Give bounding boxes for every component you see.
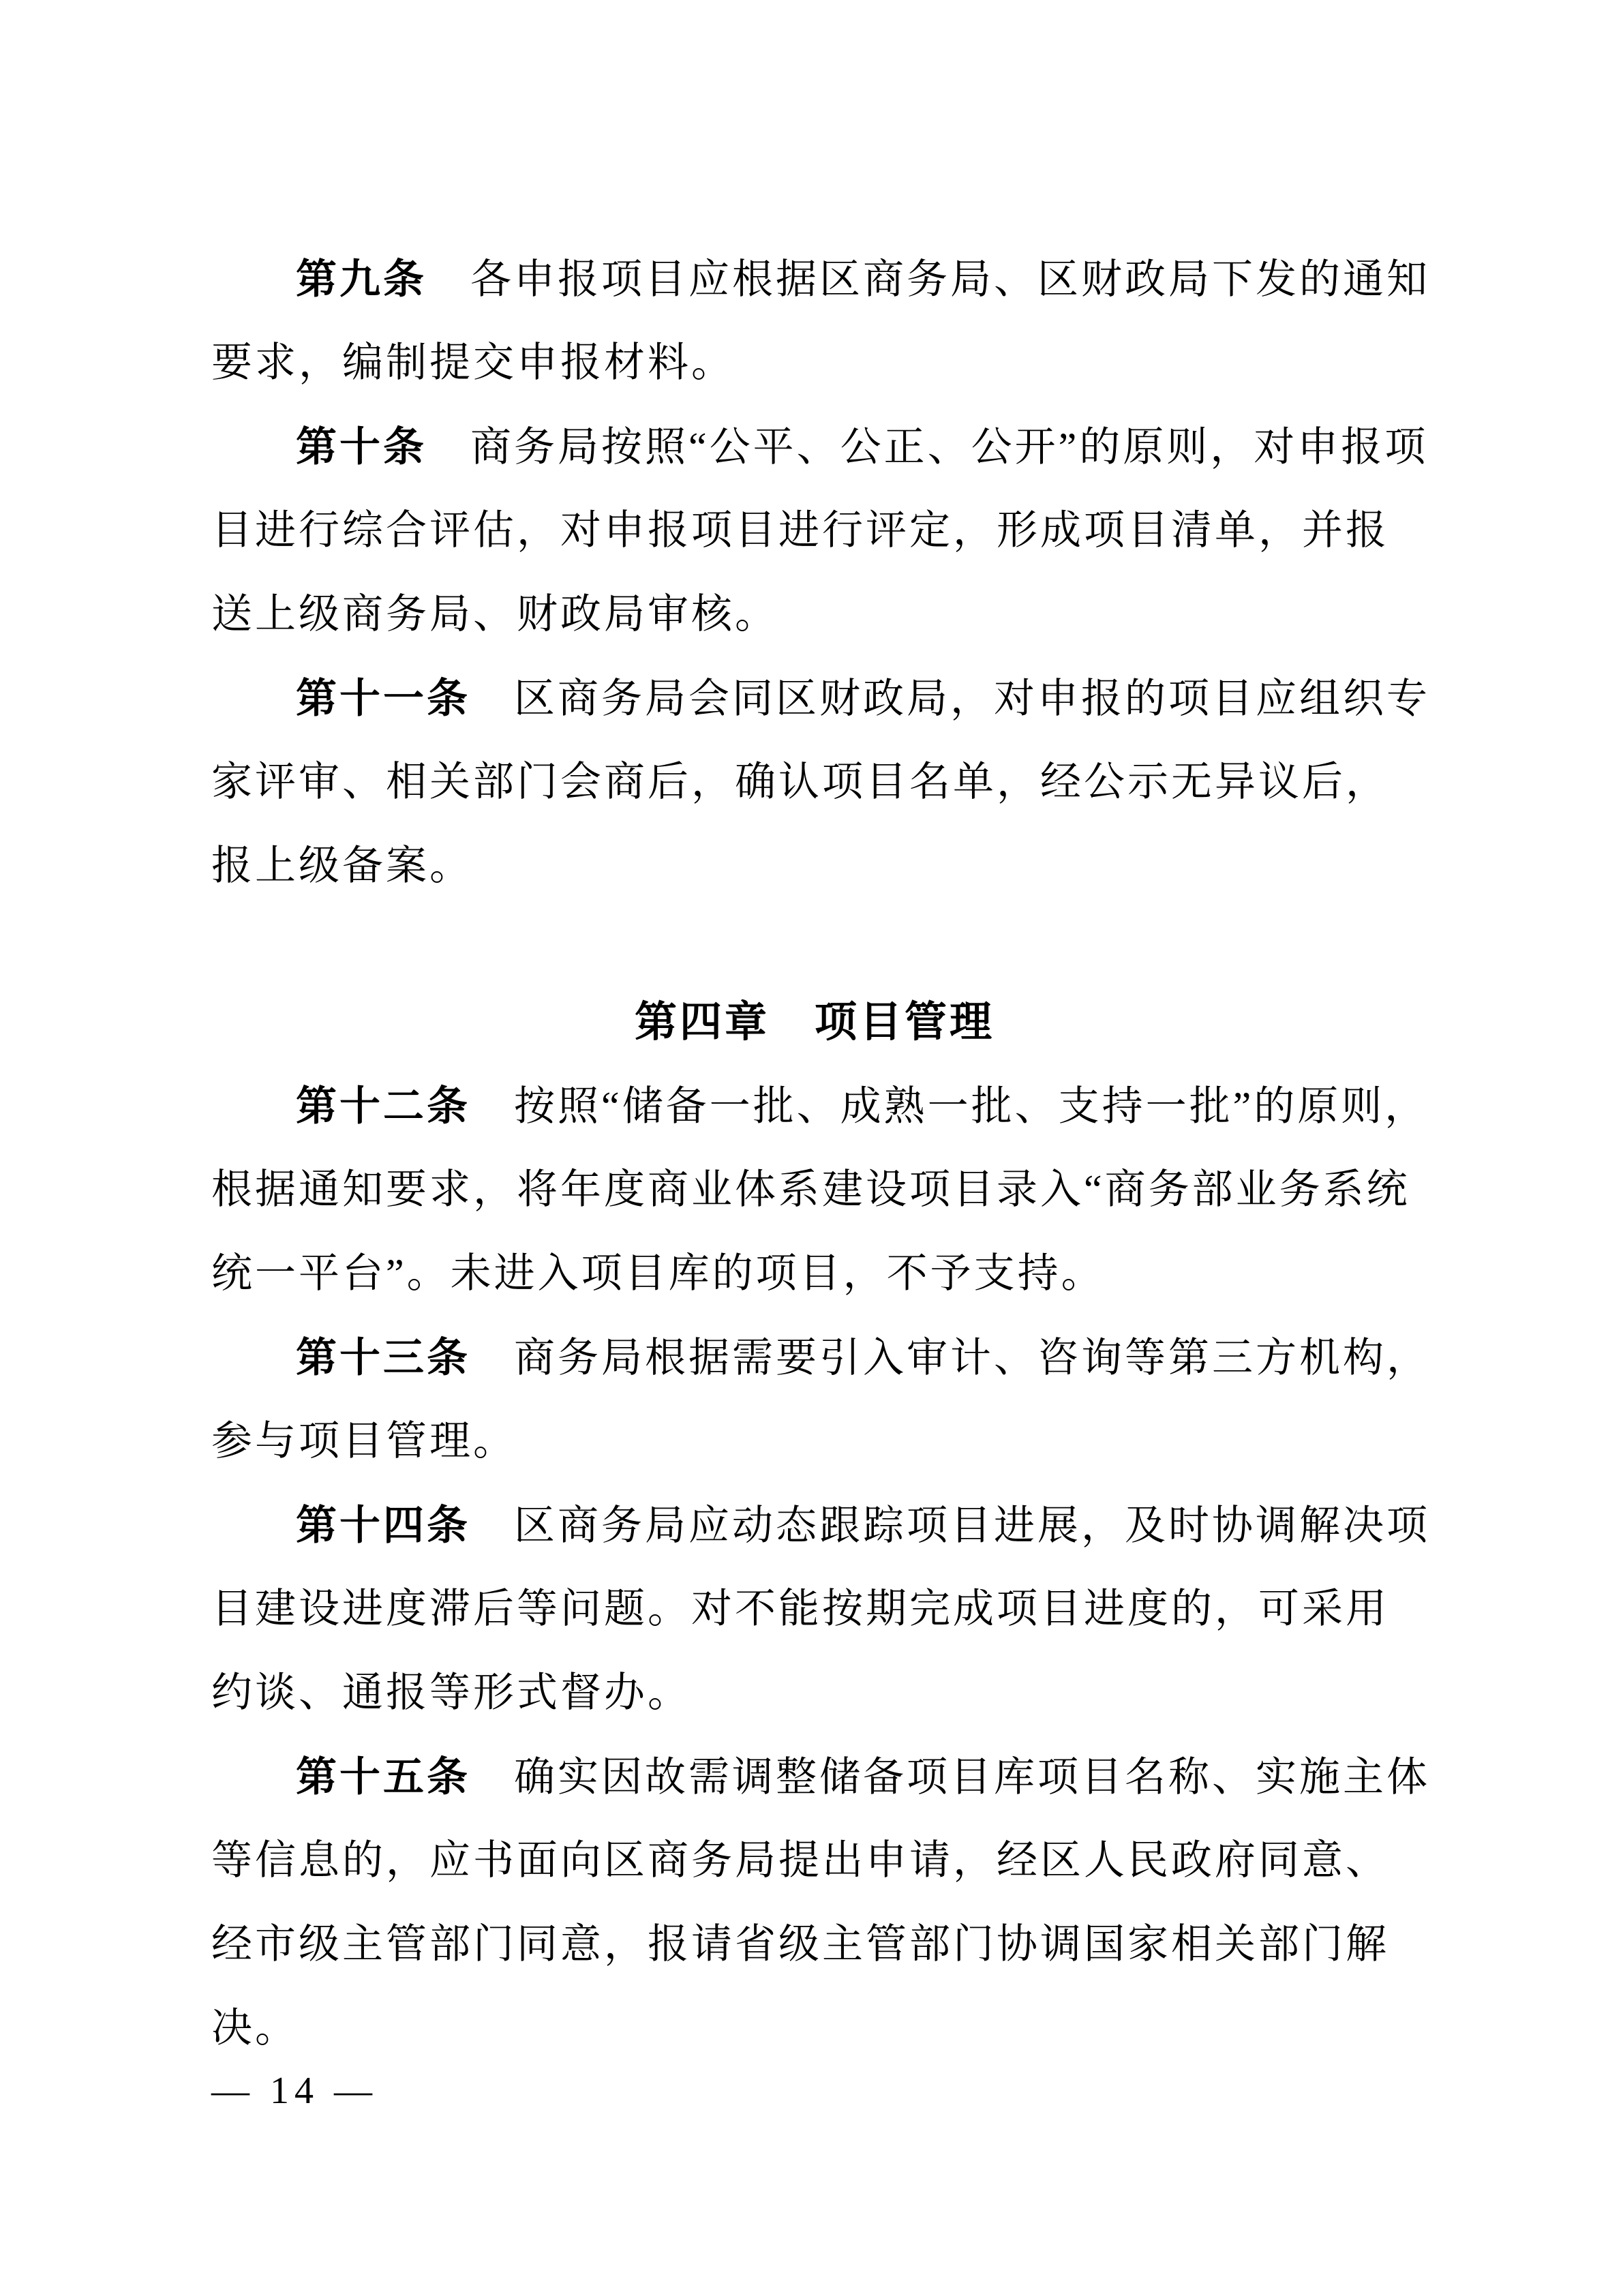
body-line: 统一平台”。未进入项目库的项目，不予支持。 [211, 1232, 1418, 1316]
body-line: 经市级主管部门同意，报请省级主管部门协调国家相关部门解 [211, 1903, 1418, 1987]
article-number: 第十二条 [296, 1083, 470, 1129]
body-line: 要求，编制提交申报材料。 [211, 321, 1418, 405]
line-text: 目建设进度滞后等问题。对不能按期完成项目进度的，可采用 [211, 1586, 1389, 1631]
page-number: — 14 — [211, 2060, 378, 2121]
body-line: 目建设进度滞后等问题。对不能按期完成项目进度的，可采用 [211, 1567, 1418, 1651]
document-page: 第九条 各申报项目应根据区商务局、区财政局下发的通知要求，编制提交申报材料。第十… [0, 0, 1623, 2296]
line-text: 等信息的，应书面向区商务局提出申请，经区人民政府同意、 [211, 1838, 1389, 1883]
line-text: 区商务局应动态跟踪项目进展，及时协调解决项 [470, 1503, 1430, 1548]
line-text: 根据通知要求，将年度商业体系建设项目录入“商务部业务系统 [211, 1167, 1410, 1212]
body-line: 第十二条 按照“储备一批、成熟一批、支持一批”的原则， [211, 1064, 1418, 1148]
line-text: 约谈、通报等形式督办。 [211, 1670, 691, 1715]
article-number: 第九条 [296, 256, 427, 302]
body-line: 报上级备案。 [211, 824, 1418, 908]
line-text: 确实因故需调整储备项目库项目名称、实施主体 [470, 1755, 1430, 1800]
line-text: 各申报项目应根据区商务局、区财政局下发的通知 [427, 257, 1430, 302]
line-text: 决。 [211, 2006, 299, 2051]
line-text: 报上级备案。 [211, 843, 473, 888]
body-line: 第十条 商务局按照“公平、公正、公开”的原则，对申报项 [211, 405, 1418, 489]
line-text: 经市级主管部门同意，报请省级主管部门协调国家相关部门解 [211, 1922, 1389, 1967]
body-line: 约谈、通报等形式督办。 [211, 1651, 1418, 1735]
body-line: 第十四条 区商务局应动态跟踪项目进展，及时协调解决项 [211, 1483, 1418, 1567]
body-line: 第九条 各申报项目应根据区商务局、区财政局下发的通知 [211, 237, 1418, 321]
article-number: 第十四条 [296, 1502, 470, 1548]
line-text: 家评审、相关部门会商后，确认项目名单，经公示无异议后， [211, 759, 1389, 804]
body-line: 第十三条 商务局根据需要引入审计、咨询等第三方机构， [211, 1316, 1418, 1400]
line-text: 送上级商务局、财政局审核。 [211, 592, 778, 637]
body-line: 等信息的，应书面向区商务局提出申请，经区人民政府同意、 [211, 1819, 1418, 1903]
body-line: 根据通知要求，将年度商业体系建设项目录入“商务部业务系统 [211, 1148, 1418, 1232]
line-text: 按照“储备一批、成熟一批、支持一批”的原则， [470, 1084, 1428, 1129]
document-body: 第九条 各申报项目应根据区商务局、区财政局下发的通知要求，编制提交申报材料。第十… [211, 237, 1418, 2070]
body-line: 第十五条 确实因故需调整储备项目库项目名称、实施主体 [211, 1735, 1418, 1819]
body-line: 参与项目管理。 [211, 1400, 1418, 1483]
body-line: 送上级商务局、财政局审核。 [211, 573, 1418, 656]
article-number: 第十条 [296, 424, 427, 470]
article-number: 第十一条 [296, 676, 470, 721]
article-number: 第十五条 [296, 1754, 470, 1800]
line-text: 区商务局会同区财政局，对申报的项目应组织专 [470, 676, 1430, 721]
body-line: 决。 [211, 1987, 1418, 2070]
line-text: 商务局根据需要引入审计、咨询等第三方机构， [470, 1335, 1430, 1380]
body-line: 家评审、相关部门会商后，确认项目名单，经公示无异议后， [211, 740, 1418, 824]
body-line: 目进行综合评估，对申报项目进行评定，形成项目清单，并报 [211, 489, 1418, 573]
line-text: 统一平台”。未进入项目库的项目，不予支持。 [211, 1251, 1105, 1296]
line-text: 参与项目管理。 [211, 1419, 517, 1464]
line-text: 商务局按照“公平、公正、公开”的原则，对申报项 [427, 425, 1428, 470]
line-text: 要求，编制提交申报材料。 [211, 340, 735, 385]
chapter-heading: 第四章 项目管理 [211, 980, 1418, 1064]
article-number: 第十三条 [296, 1335, 470, 1380]
body-line: 第十一条 区商务局会同区财政局，对申报的项目应组织专 [211, 656, 1418, 740]
line-text: 目进行综合评估，对申报项目进行评定，形成项目清单，并报 [211, 508, 1389, 553]
